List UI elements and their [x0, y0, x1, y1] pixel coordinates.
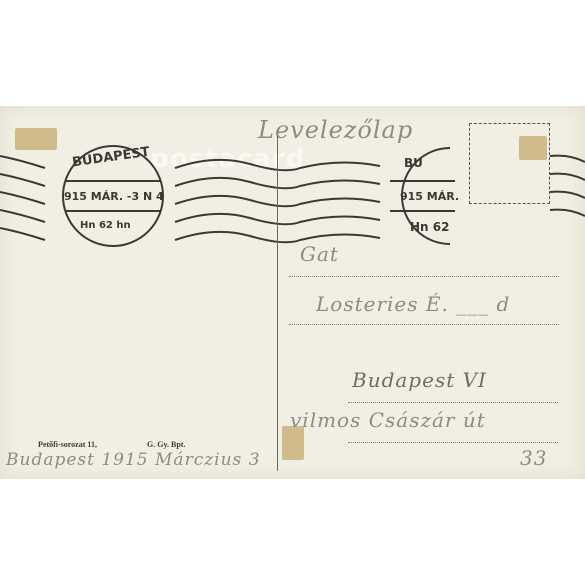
address-rule-1: [289, 276, 559, 277]
postmark-right-date: 915 MÁR.: [400, 190, 459, 203]
center-divider: [277, 136, 278, 471]
printed-publisher: G. Gy. Bpt.: [147, 440, 185, 449]
header-handwritten: Levelezőlap: [258, 116, 413, 144]
address-rule-4: [348, 442, 558, 443]
sender-line: Budapest 1915 Márczius 3: [6, 450, 261, 470]
address-line-3: Budapest VI: [352, 368, 487, 392]
address-line-2: Losteries É. ___ d: [316, 292, 510, 316]
postmark-left-office: Hn 62 hn: [80, 220, 131, 231]
printed-caption: Petőfi-sorozat 11,: [38, 440, 97, 449]
address-rule-2: [289, 324, 559, 325]
address-line-1: Gat: [300, 242, 339, 266]
postmark-right-office: Hn 62: [410, 220, 449, 234]
postcard-back: postacard BUDAPEST 915 MÁR.: [0, 106, 585, 479]
postmark-right-city: BU: [404, 156, 423, 170]
address-line-5: 33: [520, 446, 547, 470]
stamp-placeholder: [469, 123, 550, 204]
address-rule-3: [348, 402, 558, 403]
postmark-left-date: 915 MÁR. -3 N 4: [64, 190, 164, 203]
address-line-4: vilmos Császár út: [290, 408, 486, 432]
